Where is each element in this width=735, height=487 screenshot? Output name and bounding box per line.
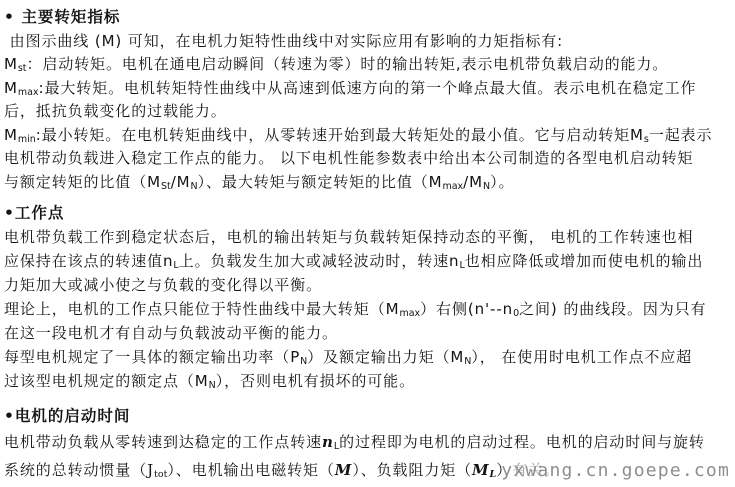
text-segment: 之间) 的曲线段。因为只有 xyxy=(519,300,706,318)
bullet-icon: • xyxy=(4,8,15,26)
text-segment: ）及额定输出力矩（M xyxy=(307,348,464,366)
text-segment: max xyxy=(399,308,420,319)
text-segment: ）右侧(n'--n xyxy=(420,300,513,318)
text-segment: /M xyxy=(463,173,483,191)
section-title: 电机的启动时间 xyxy=(15,407,131,425)
text-segment: M xyxy=(335,461,353,479)
text-segment: 一起表示 xyxy=(649,126,713,144)
text-segment: 电机带动负载进入稳定工作点的能力。 以下电机性能参数表中给出本公司制造的各型电机… xyxy=(4,149,693,167)
text-segment: 后，抵抗负载变化的过载能力。 xyxy=(4,102,227,120)
section-main-torque-indicators: • 主要转矩指标 由图示曲线 (M) 可知，在电机力矩特性曲线中对实际应用有影响… xyxy=(4,6,732,194)
text-segment: N xyxy=(209,380,216,391)
text-segment: N xyxy=(191,181,198,192)
text-segment: St xyxy=(161,181,171,192)
text-segment: ），否则电机有损坏的可能。 xyxy=(216,372,415,390)
bullet-icon: • xyxy=(4,204,15,222)
text-segment: st xyxy=(18,63,27,74)
text-segment: max xyxy=(18,87,39,98)
text-segment: 的过程即为电机的启动过程。电机的启动时间与旋转 xyxy=(339,433,705,451)
text-line: Mst：启动转矩。电机在通电启动瞬间（转速为零）时的输出转矩,表示电机带负载启动… xyxy=(4,53,732,77)
text-segment: max xyxy=(442,181,463,192)
text-segment: min xyxy=(18,134,36,145)
text-segment: 在这一段电机才有自动与负载波动平衡的能力。 xyxy=(4,324,338,342)
text-line: Mmin:最小转矩。在电机转矩曲线中，从零转速开始到最大转矩处的最小值。它与启动… xyxy=(4,124,732,148)
section-heading: •电机的启动时间 xyxy=(4,404,732,428)
section-heading: •工作点 xyxy=(4,201,732,225)
text-segment: 与额定转矩的比值（M xyxy=(4,173,161,191)
text-line: 电机带动负载进入稳定工作点的能力。 以下电机性能参数表中给出本公司制造的各型电机… xyxy=(4,147,732,171)
text-line: 在这一段电机才有自动与负载波动平衡的能力。 xyxy=(4,321,732,345)
document-page: • 主要转矩指标 由图示曲线 (M) 可知，在电机力矩特性曲线中对实际应用有影响… xyxy=(0,0,735,487)
text-segment: ）、电机输出电磁转矩（ xyxy=(167,461,334,479)
text-segment: 应保持在该点的转速值n xyxy=(4,252,173,270)
section-title: 工作点 xyxy=(15,204,65,222)
text-line: 后，抵抗负载变化的过载能力。 xyxy=(4,100,732,124)
text-segment: :最大转矩。电机转矩特性曲线中从高速到低速方向的第一个峰点最大值。表示电机在稳定… xyxy=(39,79,697,97)
text-line: 由图示曲线 (M) 可知，在电机力矩特性曲线中对实际应用有影响的力矩指标有: xyxy=(4,30,732,54)
text-segment: tot xyxy=(154,469,167,480)
section-heading: • 主要转矩指标 xyxy=(4,6,732,30)
text-segment: M xyxy=(4,79,18,97)
text-segment: ）、负载阻力矩（ xyxy=(352,461,472,479)
text-line: 电机带负载工作到稳定状态后，电机的输出转矩与负载转矩保持动态的平衡， 电机的工作… xyxy=(4,225,732,249)
section-lines: 电机带负载工作到稳定状态后，电机的输出转矩与负载转矩保持动态的平衡， 电机的工作… xyxy=(4,225,732,393)
section-lines: 由图示曲线 (M) 可知，在电机力矩特性曲线中对实际应用有影响的力矩指标有:Ms… xyxy=(4,30,732,195)
text-segment: ）， 在使用时电机工作点不应超 xyxy=(471,348,692,366)
text-segment: N xyxy=(483,181,490,192)
text-segment: n xyxy=(322,433,334,451)
text-line: 电机带动负载从零转速到达稳定的工作点转速nL的过程即为电机的启动过程。电机的启动… xyxy=(4,428,732,456)
text-segment: 也相应降低或增加而使电机的输出 xyxy=(465,252,704,270)
text-line: 应保持在该点的转速值nL上。负载发生加大或减轻波动时，转速nL也相应降低或增加而… xyxy=(4,249,732,273)
text-line: 理论上，电机的工作点只能位于特性曲线中最大转矩（Mmax）右侧(n'--n0之间… xyxy=(4,297,732,321)
text-line: 每型电机规定了一具体的额定输出功率（PN）及额定输出力矩（MN）， 在使用时电机… xyxy=(4,345,732,369)
text-segment: :最小转矩。在电机转矩曲线中，从零转速开始到最大转矩处的最小值。它与启动转矩M xyxy=(36,126,644,144)
text-segment: M xyxy=(472,461,490,479)
text-segment: 由图示曲线 (M) 可知，在电机力矩特性曲线中对实际应用有影响的力矩指标有: xyxy=(4,32,563,50)
text-line: Mmax:最大转矩。电机转矩特性曲线中从高速到低速方向的第一个峰点最大值。表示电… xyxy=(4,77,732,101)
text-segment: ：启动转矩。电机在通电启动瞬间（转速为零）时的输出转矩,表示电机带负载启动的能力… xyxy=(27,55,669,73)
text-segment: 电机带动负载从零转速到达稳定的工作点转速 xyxy=(4,433,322,451)
text-segment: /M xyxy=(171,173,191,191)
watermark: yxwang.cn.goepe.com xyxy=(501,460,730,481)
text-line: 力矩加大或减小使之与负载的变化得以平衡。 xyxy=(4,273,732,297)
text-segment: 上。负载发生加大或减轻波动时，转速n xyxy=(179,252,460,270)
bullet-icon: • xyxy=(4,407,15,425)
text-segment: M xyxy=(4,126,18,144)
text-segment: J xyxy=(147,461,154,479)
section-title: 主要转矩指标 xyxy=(15,8,120,26)
text-segment: ）、最大转矩与额定转矩的比值（M xyxy=(198,173,443,191)
text-segment: 系统的总转动惯量（ xyxy=(4,461,147,479)
text-segment: 力矩加大或减小使之与负载的变化得以平衡。 xyxy=(4,276,322,294)
text-line: 与额定转矩的比值（MSt/MN）、最大转矩与额定转矩的比值（Mmax/MN）。 xyxy=(4,171,732,195)
text-segment: ）。 xyxy=(490,173,514,191)
text-line: 过该型电机规定的额定点（MN），否则电机有损坏的可能。 xyxy=(4,369,732,393)
text-segment: 理论上，电机的工作点只能位于特性曲线中最大转矩（M xyxy=(4,300,399,318)
text-segment: 过该型电机规定的额定点（M xyxy=(4,372,209,390)
text-segment: M xyxy=(4,55,18,73)
text-segment: 电机带负载工作到稳定状态后，电机的输出转矩与负载转矩保持动态的平衡， 电机的工作… xyxy=(4,228,693,246)
text-segment: 每型电机规定了一具体的额定输出功率（P xyxy=(4,348,300,366)
section-operating-point: •工作点 电机带负载工作到稳定状态后，电机的输出转矩与负载转矩保持动态的平衡， … xyxy=(4,201,732,393)
